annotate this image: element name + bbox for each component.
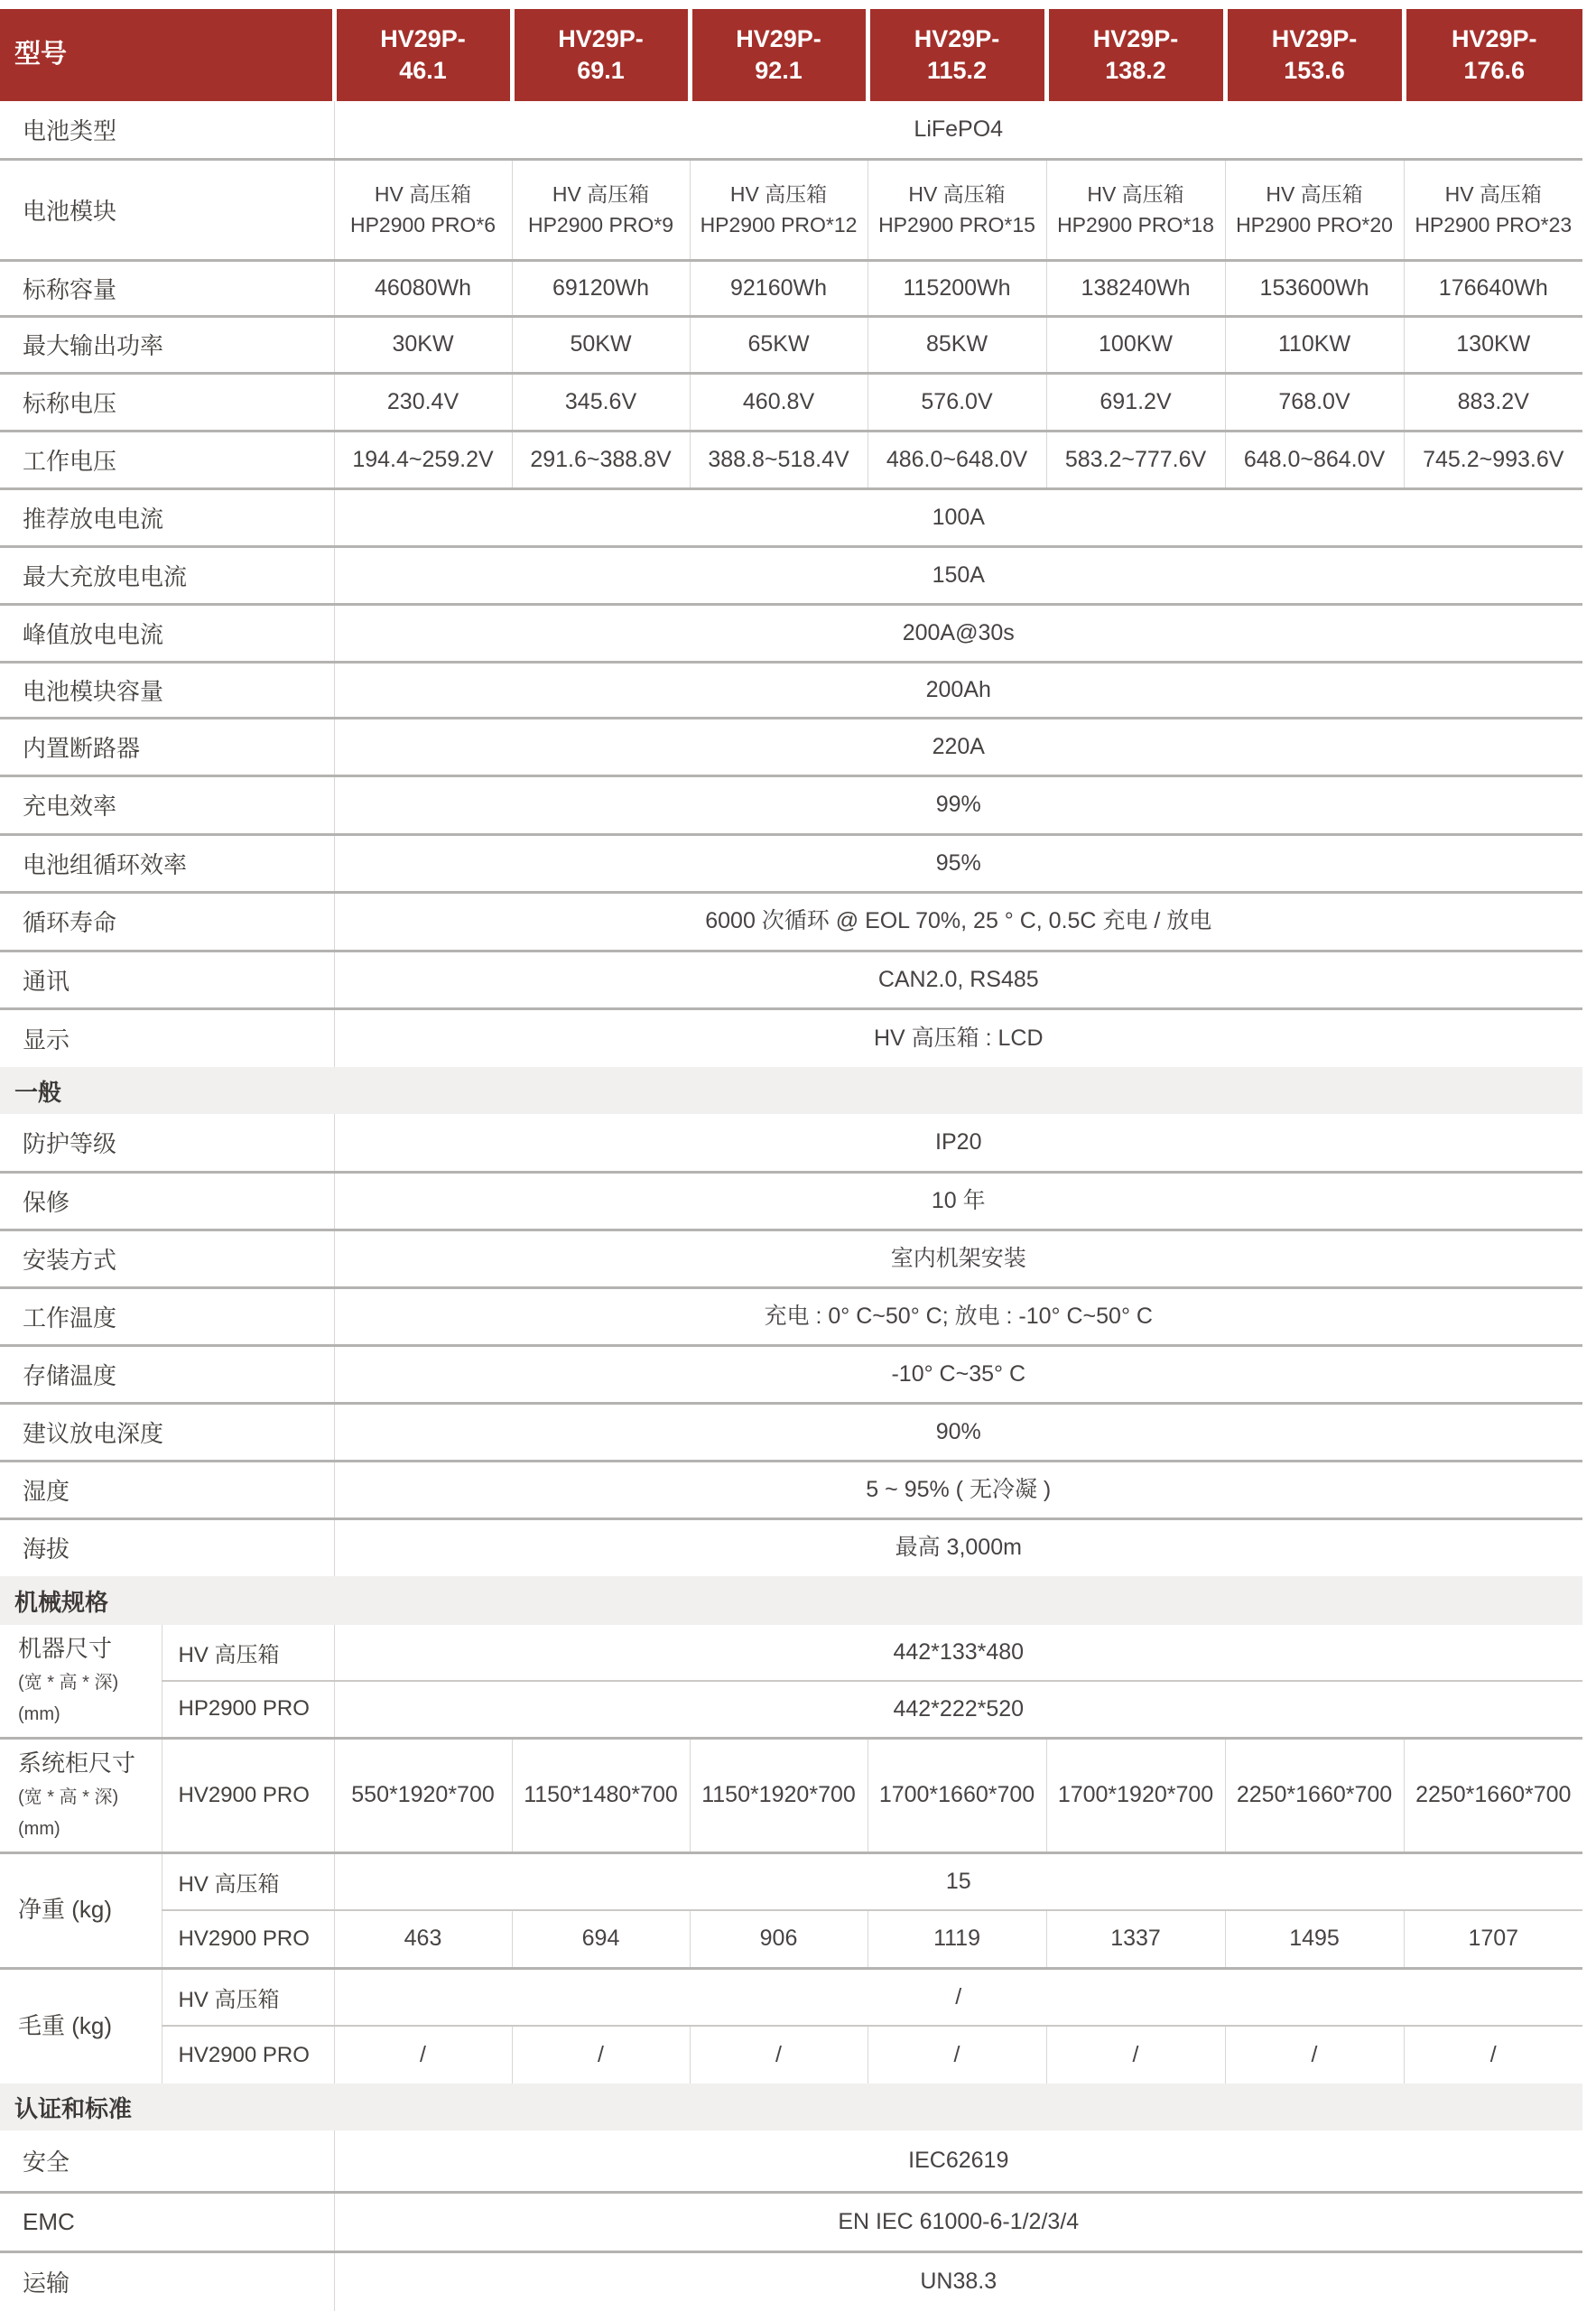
row-pack-cycle-efficiency: 电池组循环效率 95% [0,834,1582,892]
section-mechanical: 机械规格 [0,1576,1582,1625]
model-3-line1: HV29P- [736,25,821,52]
transport-value: UN38.3 [334,2251,1582,2311]
battery-module-value-2: HV 高压箱HP2900 PRO*9 [512,159,690,260]
nominal-voltage-3: 460.8V [690,373,868,431]
gross-weight-1: / [334,2026,512,2084]
built-in-breaker-label: 内置断路器 [0,718,334,775]
cycle-life-value: 6000 次循环 @ EOL 70%, 25 ° C, 0.5C 充电 / 放电 [334,892,1582,951]
net-weight-sub-2: HV2900 PRO [162,1910,334,1968]
net-weight-6: 1495 [1225,1910,1404,1968]
cabinet-dims-3: 1150*1920*700 [690,1738,868,1852]
battery-type-value: LiFePO4 [334,101,1582,159]
row-safety: 安全 IEC62619 [0,2130,1582,2192]
nominal-voltage-4: 576.0V [868,373,1046,431]
bm4-l2: HP2900 PRO*15 [878,213,1035,237]
model-2-line2: 69.1 [577,57,625,84]
bm3-l1: HV 高压箱 [730,182,827,206]
battery-module-value-3: HV 高压箱HP2900 PRO*12 [690,159,868,260]
row-built-in-breaker: 内置断路器 220A [0,718,1582,775]
emc-value: EN IEC 61000-6-1/2/3/4 [334,2192,1582,2251]
operating-temp-value: 充电 : 0° C~50° C; 放电 : -10° C~50° C [334,1287,1582,1345]
gross-weight-merged-value: / [334,1968,1582,2026]
nominal-voltage-label: 标称电压 [0,373,334,431]
battery-module-value-7: HV 高压箱HP2900 PRO*23 [1404,159,1582,260]
machine-dims-value-2: 442*222*520 [334,1681,1582,1738]
nominal-capacity-6: 153600Wh [1225,260,1404,316]
machine-dims-note2: (mm) [18,1704,60,1724]
row-cabinet-dims: 系统柜尺寸 (宽 * 高 * 深) (mm) HV2900 PRO 550*19… [0,1738,1582,1852]
model-2-line1: HV29P- [558,25,644,52]
row-gross-weight-1: 毛重 (kg) HV 高压箱 / [0,1968,1582,2026]
operating-voltage-7: 745.2~993.6V [1404,431,1582,488]
machine-dims-value-1: 442*133*480 [334,1625,1582,1681]
table-header-row: 型号 HV29P-46.1 HV29P-69.1 HV29P-92.1 HV29… [0,9,1582,101]
communication-label: 通讯 [0,951,334,1008]
recommended-dod-label: 建议放电深度 [0,1403,334,1461]
gross-weight-sub-1: HV 高压箱 [162,1968,334,2026]
cabinet-dims-sub: HV2900 PRO [162,1738,334,1852]
row-recommended-dod: 建议放电深度 90% [0,1403,1582,1461]
gross-weight-4: / [868,2026,1046,2084]
row-storage-temp: 存储温度 -10° C~35° C [0,1345,1582,1403]
recommended-discharge-current-value: 100A [334,488,1582,546]
model-4-line1: HV29P- [914,25,1000,52]
warranty-label: 保修 [0,1172,334,1230]
operating-voltage-1: 194.4~259.2V [334,431,512,488]
display-value: HV 高压箱 : LCD [334,1008,1582,1067]
cabinet-dims-6: 2250*1660*700 [1225,1738,1404,1852]
transport-label: 运输 [0,2251,334,2311]
row-transport: 运输 UN38.3 [0,2251,1582,2311]
net-weight-5: 1337 [1046,1910,1225,1968]
battery-module-capacity-label: 电池模块容量 [0,662,334,718]
row-communication: 通讯 CAN2.0, RS485 [0,951,1582,1008]
cycle-life-label: 循环寿命 [0,892,334,951]
row-peak-discharge-current: 峰值放电电流 200A@30s [0,604,1582,662]
altitude-value: 最高 3,000m [334,1518,1582,1576]
net-weight-label: 净重 (kg) [0,1852,162,1968]
battery-module-value-6: HV 高压箱HP2900 PRO*20 [1225,159,1404,260]
operating-voltage-6: 648.0~864.0V [1225,431,1404,488]
warranty-value: 10 年 [334,1172,1582,1230]
header-model-3: HV29P-92.1 [690,9,868,101]
nominal-voltage-1: 230.4V [334,373,512,431]
bm4-l1: HV 高压箱 [908,182,1005,206]
header-model-5: HV29P-138.2 [1046,9,1225,101]
max-output-power-1: 30KW [334,316,512,373]
row-installation: 安装方式 室内机架安装 [0,1230,1582,1287]
max-charge-discharge-current-label: 最大充放电电流 [0,546,334,604]
gross-weight-7: / [1404,2026,1582,2084]
cabinet-dims-label: 系统柜尺寸 (宽 * 高 * 深) (mm) [0,1738,162,1852]
max-output-power-5: 100KW [1046,316,1225,373]
row-machine-dims-1: 机器尺寸 (宽 * 高 * 深) (mm) HV 高压箱 442*133*480 [0,1625,1582,1681]
net-weight-1: 463 [334,1910,512,1968]
nominal-voltage-6: 768.0V [1225,373,1404,431]
nominal-capacity-5: 138240Wh [1046,260,1225,316]
recommended-dod-value: 90% [334,1403,1582,1461]
storage-temp-label: 存储温度 [0,1345,334,1403]
bm7-l1: HV 高压箱 [1445,182,1542,206]
gross-weight-3: / [690,2026,868,2084]
nominal-voltage-2: 345.6V [512,373,690,431]
row-display: 显示 HV 高压箱 : LCD [0,1008,1582,1067]
cabinet-dims-4: 1700*1660*700 [868,1738,1046,1852]
battery-module-capacity-value: 200Ah [334,662,1582,718]
cabinet-dims-7: 2250*1660*700 [1404,1738,1582,1852]
bm1-l1: HV 高压箱 [375,182,471,206]
row-emc: EMC EN IEC 61000-6-1/2/3/4 [0,2192,1582,2251]
peak-discharge-current-label: 峰值放电电流 [0,604,334,662]
net-weight-4: 1119 [868,1910,1046,1968]
communication-value: CAN2.0, RS485 [334,951,1582,1008]
cabinet-dims-1: 550*1920*700 [334,1738,512,1852]
row-altitude: 海拔 最高 3,000m [0,1518,1582,1576]
bm5-l1: HV 高压箱 [1087,182,1183,206]
pack-cycle-efficiency-label: 电池组循环效率 [0,834,334,892]
model-7-line1: HV29P- [1452,25,1537,52]
display-label: 显示 [0,1008,334,1067]
row-net-weight-2: HV2900 PRO 463 694 906 1119 1337 1495 17… [0,1910,1582,1968]
gross-weight-5: / [1046,2026,1225,2084]
bm6-l2: HP2900 PRO*20 [1236,213,1393,237]
header-model-4: HV29P-115.2 [868,9,1046,101]
operating-voltage-3: 388.8~518.4V [690,431,868,488]
nominal-capacity-label: 标称容量 [0,260,334,316]
cabinet-dims-2: 1150*1480*700 [512,1738,690,1852]
machine-dims-sub-1: HV 高压箱 [162,1625,334,1681]
row-cycle-life: 循环寿命 6000 次循环 @ EOL 70%, 25 ° C, 0.5C 充电… [0,892,1582,951]
max-output-power-7: 130KW [1404,316,1582,373]
charge-efficiency-value: 99% [334,775,1582,834]
header-model-2: HV29P-69.1 [512,9,690,101]
model-3-line2: 92.1 [755,57,803,84]
net-weight-7: 1707 [1404,1910,1582,1968]
altitude-label: 海拔 [0,1518,334,1576]
row-nominal-voltage: 标称电压 230.4V 345.6V 460.8V 576.0V 691.2V … [0,373,1582,431]
emc-label: EMC [0,2192,334,2251]
gross-weight-2: / [512,2026,690,2084]
model-1-line2: 46.1 [399,57,447,84]
bm2-l2: HP2900 PRO*9 [528,213,673,237]
model-6-line2: 153.6 [1284,57,1345,84]
header-model-7: HV29P-176.6 [1404,9,1582,101]
operating-voltage-5: 583.2~777.6V [1046,431,1225,488]
row-max-charge-discharge-current: 最大充放电电流 150A [0,546,1582,604]
nominal-voltage-5: 691.2V [1046,373,1225,431]
row-nominal-capacity: 标称容量 46080Wh 69120Wh 92160Wh 115200Wh 13… [0,260,1582,316]
max-output-power-4: 85KW [868,316,1046,373]
max-output-power-2: 50KW [512,316,690,373]
row-charge-efficiency: 充电效率 99% [0,775,1582,834]
machine-dims-sub-2: HP2900 PRO [162,1681,334,1738]
battery-module-label: 电池模块 [0,159,334,260]
row-max-output-power: 最大输出功率 30KW 50KW 65KW 85KW 100KW 110KW 1… [0,316,1582,373]
model-6-line1: HV29P- [1272,25,1358,52]
section-certification-title: 认证和标准 [0,2084,1582,2130]
machine-dims-label: 机器尺寸 (宽 * 高 * 深) (mm) [0,1625,162,1738]
humidity-label: 湿度 [0,1461,334,1518]
net-weight-merged-value: 15 [334,1852,1582,1910]
battery-module-value-5: HV 高压箱HP2900 PRO*18 [1046,159,1225,260]
ip-rating-label: 防护等级 [0,1114,334,1172]
bm6-l1: HV 高压箱 [1266,182,1362,206]
header-model-label: 型号 [0,9,334,101]
bm2-l1: HV 高压箱 [552,182,649,206]
nominal-capacity-4: 115200Wh [868,260,1046,316]
section-mechanical-title: 机械规格 [0,1576,1582,1625]
bm5-l2: HP2900 PRO*18 [1057,213,1214,237]
model-7-line2: 176.6 [1463,57,1525,84]
built-in-breaker-value: 220A [334,718,1582,775]
max-output-power-label: 最大输出功率 [0,316,334,373]
row-ip-rating: 防护等级 IP20 [0,1114,1582,1172]
row-battery-module: 电池模块 HV 高压箱HP2900 PRO*6 HV 高压箱HP2900 PRO… [0,159,1582,260]
row-warranty: 保修 10 年 [0,1172,1582,1230]
row-net-weight-1: 净重 (kg) HV 高压箱 15 [0,1852,1582,1910]
spec-table: 型号 HV29P-46.1 HV29P-69.1 HV29P-92.1 HV29… [0,9,1582,2311]
safety-label: 安全 [0,2130,334,2192]
section-certification: 认证和标准 [0,2084,1582,2130]
model-5-line1: HV29P- [1093,25,1179,52]
model-1-line1: HV29P- [380,25,466,52]
nominal-voltage-7: 883.2V [1404,373,1582,431]
bm7-l2: HP2900 PRO*23 [1415,213,1572,237]
row-battery-module-capacity: 电池模块容量 200Ah [0,662,1582,718]
cabinet-dims-note2: (mm) [18,1819,60,1839]
machine-dims-note1: (宽 * 高 * 深) [18,1673,118,1693]
max-charge-discharge-current-value: 150A [334,546,1582,604]
row-operating-voltage: 工作电压 194.4~259.2V 291.6~388.8V 388.8~518… [0,431,1582,488]
row-humidity: 湿度 5 ~ 95% ( 无冷凝 ) [0,1461,1582,1518]
battery-module-value-1: HV 高压箱HP2900 PRO*6 [334,159,512,260]
max-output-power-3: 65KW [690,316,868,373]
operating-voltage-2: 291.6~388.8V [512,431,690,488]
cabinet-dims-note1: (宽 * 高 * 深) [18,1787,118,1807]
nominal-capacity-3: 92160Wh [690,260,868,316]
cabinet-dims-title: 系统柜尺寸 [18,1749,135,1777]
header-model-1: HV29P-46.1 [334,9,512,101]
recommended-discharge-current-label: 推荐放电电流 [0,488,334,546]
installation-value: 室内机架安装 [334,1230,1582,1287]
spec-sheet-page: 型号 HV29P-46.1 HV29P-69.1 HV29P-92.1 HV29… [0,0,1596,2311]
storage-temp-value: -10° C~35° C [334,1345,1582,1403]
cabinet-dims-5: 1700*1920*700 [1046,1738,1225,1852]
nominal-capacity-1: 46080Wh [334,260,512,316]
section-general: 一般 [0,1067,1582,1114]
header-model-6: HV29P-153.6 [1225,9,1404,101]
machine-dims-title: 机器尺寸 [18,1635,112,1662]
section-general-title: 一般 [0,1067,1582,1114]
row-machine-dims-2: HP2900 PRO 442*222*520 [0,1681,1582,1738]
operating-voltage-4: 486.0~648.0V [868,431,1046,488]
nominal-capacity-7: 176640Wh [1404,260,1582,316]
nominal-capacity-2: 69120Wh [512,260,690,316]
gross-weight-6: / [1225,2026,1404,2084]
battery-module-value-4: HV 高压箱HP2900 PRO*15 [868,159,1046,260]
row-gross-weight-2: HV2900 PRO / / / / / / / [0,2026,1582,2084]
gross-weight-sub-2: HV2900 PRO [162,2026,334,2084]
battery-type-label: 电池类型 [0,101,334,159]
row-operating-temp: 工作温度 充电 : 0° C~50° C; 放电 : -10° C~50° C [0,1287,1582,1345]
net-weight-2: 694 [512,1910,690,1968]
net-weight-sub-1: HV 高压箱 [162,1852,334,1910]
pack-cycle-efficiency-value: 95% [334,834,1582,892]
charge-efficiency-label: 充电效率 [0,775,334,834]
ip-rating-value: IP20 [334,1114,1582,1172]
model-4-line2: 115.2 [927,57,987,84]
bm3-l2: HP2900 PRO*12 [701,213,858,237]
installation-label: 安装方式 [0,1230,334,1287]
model-5-line2: 138.2 [1105,57,1166,84]
operating-temp-label: 工作温度 [0,1287,334,1345]
bm1-l2: HP2900 PRO*6 [350,213,496,237]
gross-weight-label: 毛重 (kg) [0,1968,162,2084]
max-output-power-6: 110KW [1225,316,1404,373]
humidity-value: 5 ~ 95% ( 无冷凝 ) [334,1461,1582,1518]
operating-voltage-label: 工作电压 [0,431,334,488]
net-weight-3: 906 [690,1910,868,1968]
row-battery-type: 电池类型 LiFePO4 [0,101,1582,159]
row-recommended-discharge-current: 推荐放电电流 100A [0,488,1582,546]
peak-discharge-current-value: 200A@30s [334,604,1582,662]
safety-value: IEC62619 [334,2130,1582,2192]
